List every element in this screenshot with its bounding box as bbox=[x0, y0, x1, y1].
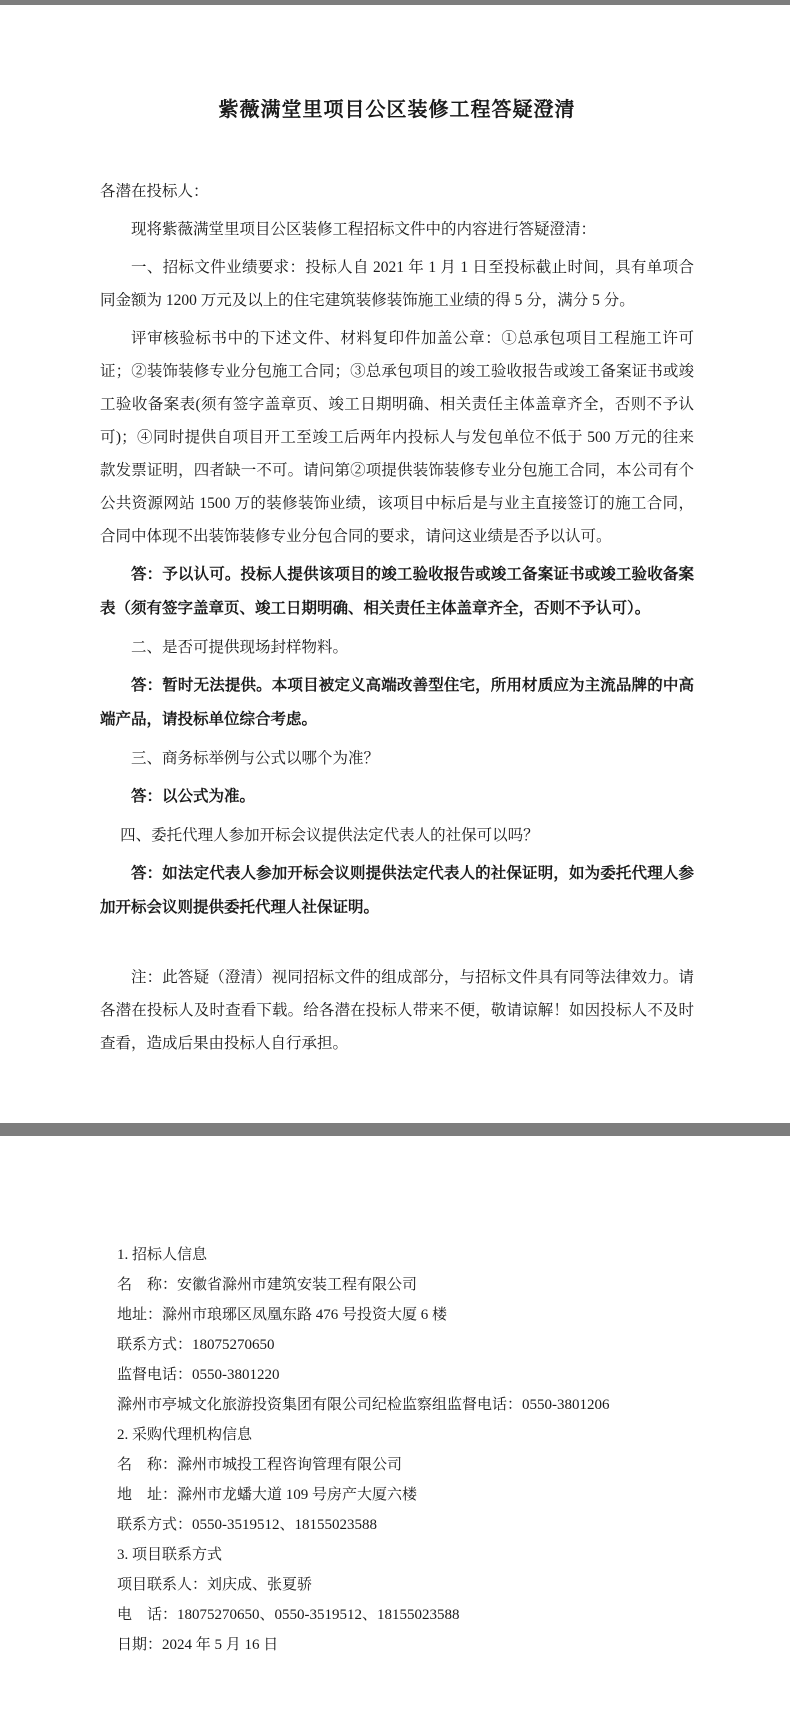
contact-line: 电 话：18075270650、0550-3519512、18155023588 bbox=[117, 1600, 710, 1630]
page-1-body: 各潜在投标人：现将紫薇满堂里项目公区装修工程招标文件中的内容进行答疑澄清：一、招… bbox=[100, 175, 694, 1060]
contact-line: 监督电话：0550-3801220 bbox=[117, 1360, 710, 1390]
contact-line: 1. 招标人信息 bbox=[117, 1240, 710, 1270]
page-2-body: 1. 招标人信息名 称：安徽省滁州市建筑安装工程有限公司地址：滁州市琅琊区凤凰东… bbox=[117, 1240, 710, 1660]
contact-line: 地址：滁州市琅琊区凤凰东路 476 号投资大厦 6 楼 bbox=[117, 1300, 710, 1330]
page-1: 紫薇满堂里项目公区装修工程答疑澄清 各潜在投标人：现将紫薇满堂里项目公区装修工程… bbox=[0, 5, 790, 1123]
paragraph: 二、是否可提供现场封样物料。 bbox=[100, 631, 694, 664]
paragraph: 注：此答疑（澄清）视同招标文件的组成部分，与招标文件具有同等法律效力。请各潜在投… bbox=[100, 961, 694, 1060]
paragraph: 答：如法定代表人参加开标会议则提供法定代表人的社保证明，如为委托代理人参加开标会… bbox=[100, 857, 694, 925]
contact-line: 日期：2024 年 5 月 16 日 bbox=[117, 1630, 710, 1660]
paragraph: 答：予以认可。投标人提供该项目的竣工验收报告或竣工备案证书或竣工验收备案表（须有… bbox=[100, 558, 694, 626]
paragraph: 一、招标文件业绩要求：投标人自 2021 年 1 月 1 日至投标截止时间，具有… bbox=[100, 251, 694, 317]
paragraph: 三、商务标举例与公式以哪个为准？ bbox=[100, 742, 694, 775]
paragraph: 评审核验标书中的下述文件、材料复印件加盖公章：①总承包项目工程施工许可证；②装饰… bbox=[100, 322, 694, 553]
contact-line: 地 址：滁州市龙蟠大道 109 号房产大厦六楼 bbox=[117, 1480, 710, 1510]
contact-line: 联系方式：0550-3519512、18155023588 bbox=[117, 1510, 710, 1540]
page-divider-bar bbox=[0, 1123, 790, 1136]
contact-line: 名 称：安徽省滁州市建筑安装工程有限公司 bbox=[117, 1270, 710, 1300]
document-title: 紫薇满堂里项目公区装修工程答疑澄清 bbox=[100, 95, 694, 125]
contact-line: 滁州市亭城文化旅游投资集团有限公司纪检监察组监督电话：0550-3801206 bbox=[117, 1390, 710, 1420]
contact-line: 3. 项目联系方式 bbox=[117, 1540, 710, 1570]
paragraph: 答：以公式为准。 bbox=[100, 780, 694, 814]
paragraph: 现将紫薇满堂里项目公区装修工程招标文件中的内容进行答疑澄清： bbox=[100, 213, 694, 246]
paragraph: 各潜在投标人： bbox=[100, 175, 694, 208]
document-viewer: 紫薇满堂里项目公区装修工程答疑澄清 各潜在投标人：现将紫薇满堂里项目公区装修工程… bbox=[0, 0, 790, 1712]
contact-line: 联系方式：18075270650 bbox=[117, 1330, 710, 1360]
page-2: 1. 招标人信息名 称：安徽省滁州市建筑安装工程有限公司地址：滁州市琅琊区凤凰东… bbox=[0, 1136, 790, 1712]
contact-line: 项目联系人：刘庆成、张夏骄 bbox=[117, 1570, 710, 1600]
contact-line: 名 称：滁州市城投工程咨询管理有限公司 bbox=[117, 1450, 710, 1480]
paragraph: 答：暂时无法提供。本项目被定义高端改善型住宅，所用材质应为主流品牌的中高端产品，… bbox=[100, 669, 694, 737]
paragraph: 四、委托代理人参加开标会议提供法定代表人的社保可以吗？ bbox=[100, 819, 694, 852]
contact-line: 2. 采购代理机构信息 bbox=[117, 1420, 710, 1450]
